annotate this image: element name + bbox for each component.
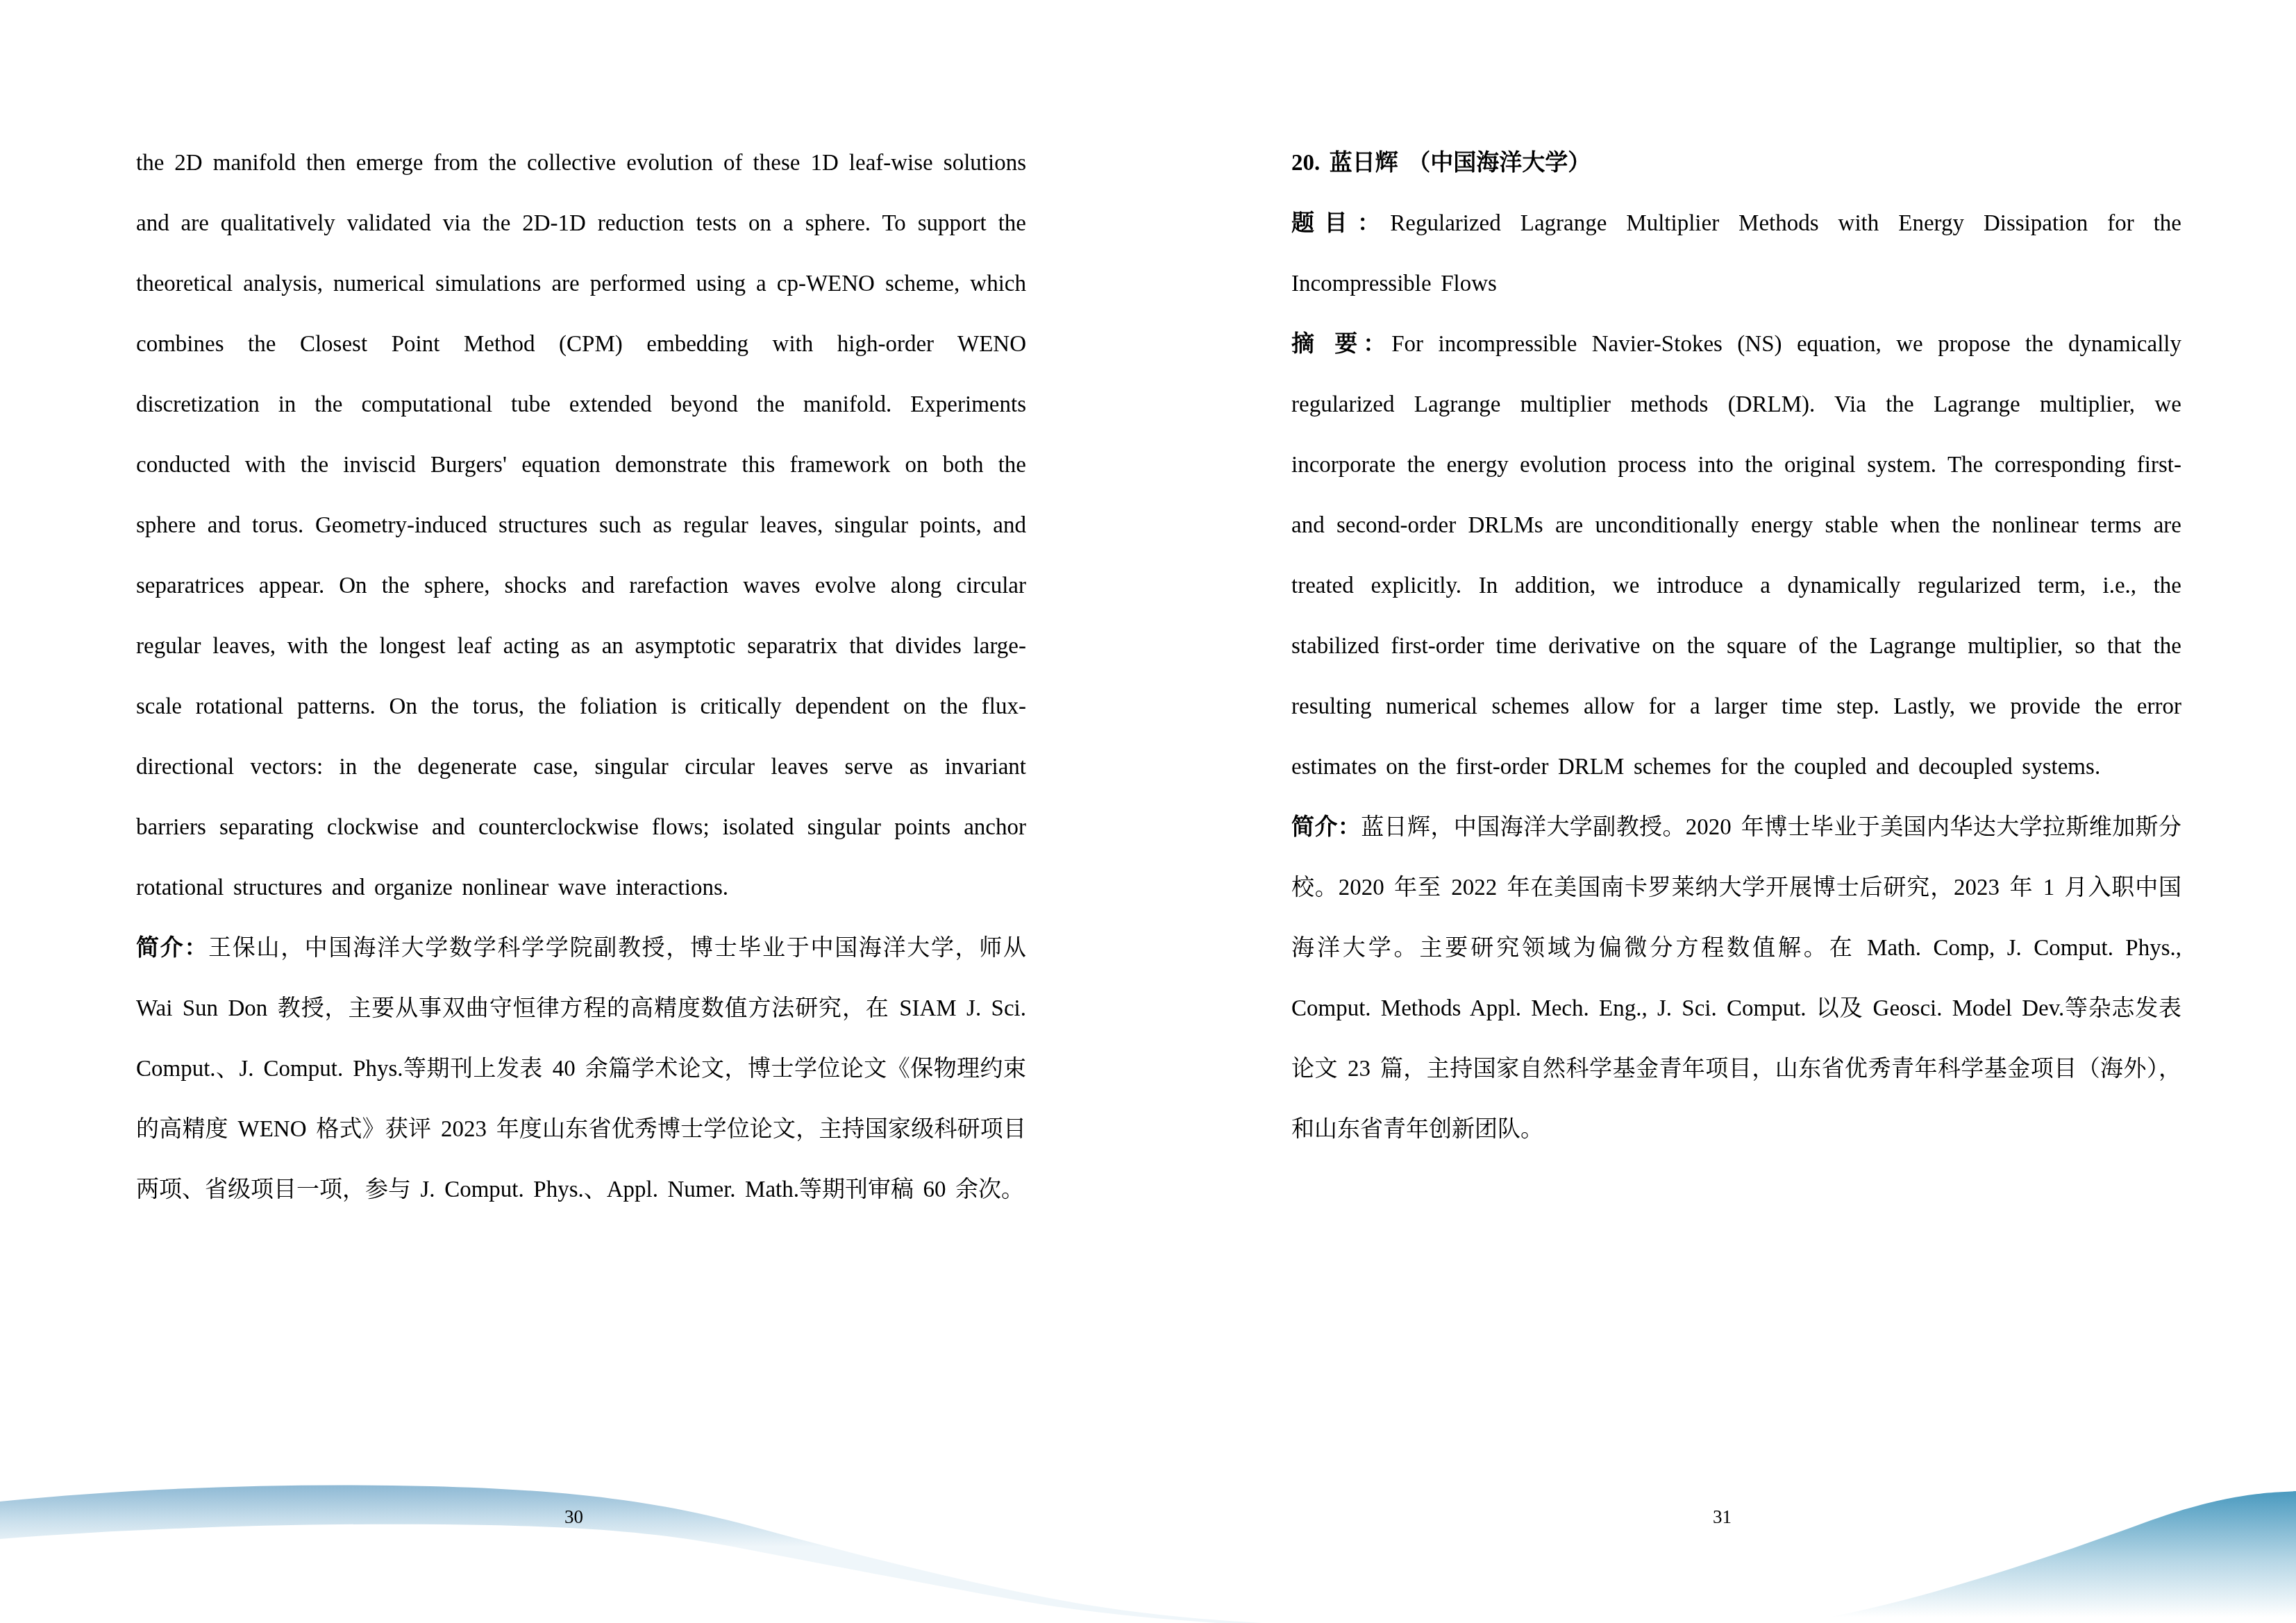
abstract-text: For incompressible Navier-Stokes (NS) eq…	[1291, 332, 2181, 780]
bio-paragraph-left: 简介：王保山，中国海洋大学数学科学学院副教授，博士毕业于中国海洋大学，师从 Wa…	[136, 918, 1026, 1220]
bio-label-right: 简介：	[1291, 815, 1361, 840]
page-number-right: 31	[1148, 1505, 2296, 1529]
page-left-body: the 2D manifold then emerge from the col…	[136, 133, 1026, 1220]
abstract-label: 摘 要：	[1291, 332, 1391, 357]
bio-text-left: 王保山，中国海洋大学数学科学学院副教授，博士毕业于中国海洋大学，师从 Wai S…	[136, 936, 1026, 1202]
page-number-left: 30	[0, 1505, 1148, 1529]
abstract-paragraph: 摘 要：For incompressible Navier-Stokes (NS…	[1291, 314, 2181, 798]
page-right: 20. 蓝日辉 （中国海洋大学） 题目：Regularized Lagrange…	[1148, 0, 2296, 1623]
talk-title-paragraph: 题目：Regularized Lagrange Multiplier Metho…	[1291, 194, 2181, 314]
page-right-body: 20. 蓝日辉 （中国海洋大学） 题目：Regularized Lagrange…	[1291, 133, 2181, 1160]
page-left: the 2D manifold then emerge from the col…	[0, 0, 1148, 1623]
speaker-heading: 20. 蓝日辉 （中国海洋大学）	[1291, 133, 2181, 194]
bio-text-right: 蓝日辉，中国海洋大学副教授。2020 年博士毕业于美国内华达大学拉斯维加斯分校。…	[1291, 815, 2181, 1142]
talk-title-text: Regularized Lagrange Multiplier Methods …	[1291, 211, 2181, 296]
talk-title-label: 题目：	[1291, 211, 1390, 236]
document-spread: the 2D manifold then emerge from the col…	[0, 0, 2296, 1623]
abstract-continuation-paragraph: the 2D manifold then emerge from the col…	[136, 133, 1026, 918]
bio-paragraph-right: 简介：蓝日辉，中国海洋大学副教授。2020 年博士毕业于美国内华达大学拉斯维加斯…	[1291, 798, 2181, 1160]
bio-label-left: 简介：	[136, 936, 208, 961]
